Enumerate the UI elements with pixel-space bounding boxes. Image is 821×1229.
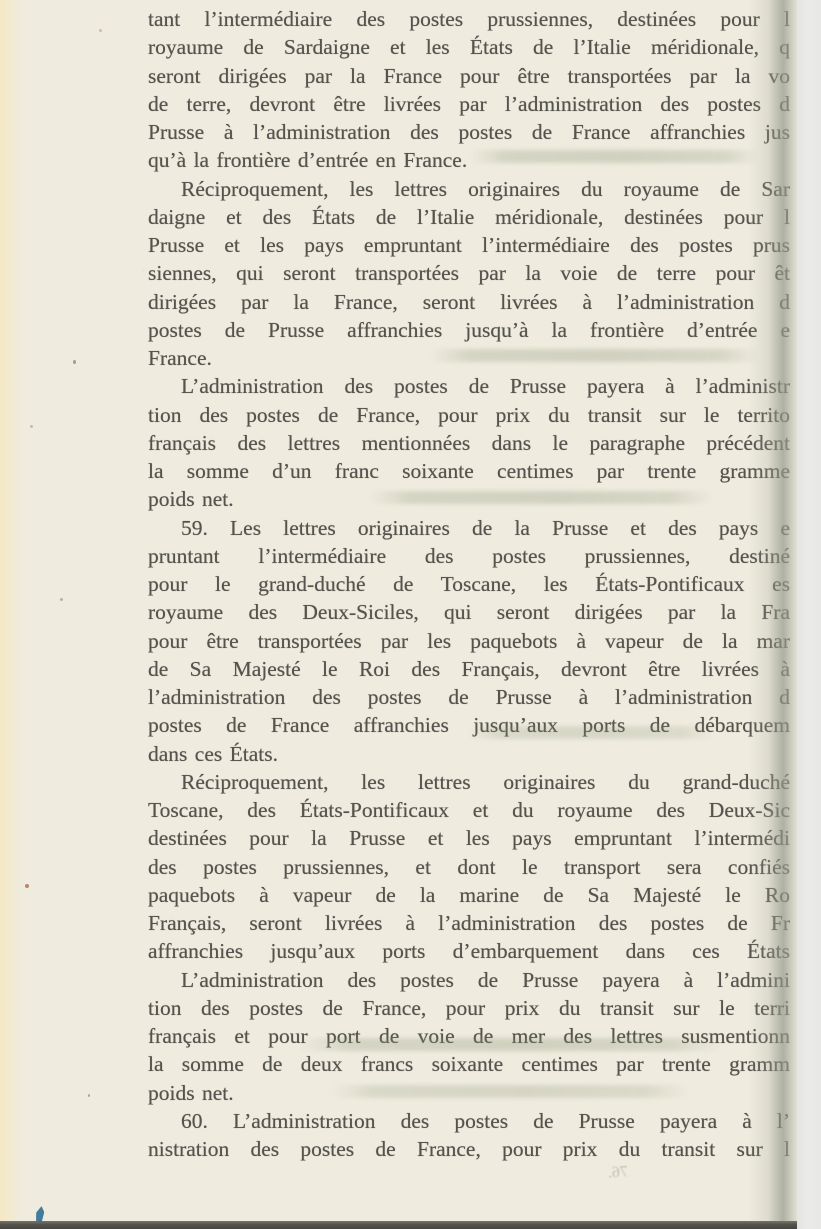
text-line: tion des postes de France, pour prix du … xyxy=(148,994,790,1022)
text-line: Français, seront livrées à l’administrat… xyxy=(148,909,790,937)
text-line: siennes, qui seront transportées par la … xyxy=(148,259,790,287)
text-line: poids net. xyxy=(148,485,790,513)
text-line: tion des postes de France, pour prix du … xyxy=(148,401,790,429)
text-line: de Sa Majesté le Roi des Français, devro… xyxy=(148,655,790,683)
text-line: nistration des postes de France, pour pr… xyxy=(148,1135,790,1163)
scanner-background-strip xyxy=(797,0,821,1229)
text-line: France. xyxy=(148,344,790,372)
text-line: de terre, devront être livrées par l’adm… xyxy=(148,90,790,118)
text-line: Prusse et les pays empruntant l’interméd… xyxy=(148,231,790,259)
text-line: affranchies jusqu’aux ports d’embarqueme… xyxy=(148,937,790,965)
text-line: tant l’intermédiaire des postes prussien… xyxy=(148,5,790,33)
text-line: postes de Prusse affranchies jusqu’à la … xyxy=(148,316,790,344)
text-line: royaume des Deux-Siciles, qui seront dir… xyxy=(148,598,790,626)
scan-edge-bar xyxy=(0,1221,797,1229)
text-line: dans ces États. xyxy=(148,740,790,768)
text-line: L’administration des postes de Prusse pa… xyxy=(148,966,790,994)
text-line: des postes prussiennes, et dont le trans… xyxy=(148,853,790,881)
text-line: daigne et des États de l’Italie méridion… xyxy=(148,203,790,231)
text-line: seront dirigées par la France pour être … xyxy=(148,62,790,90)
text-line: poids net. xyxy=(148,1079,790,1107)
text-line: destinées pour la Prusse et les pays emp… xyxy=(148,824,790,852)
text-line: 60. L’administration des postes de Pruss… xyxy=(148,1107,790,1135)
text-line: français des lettres mentionnées dans le… xyxy=(148,429,790,457)
text-line: L’administration des postes de Prusse pa… xyxy=(148,372,790,400)
scanned-page: tant l’intermédiaire des postes prussien… xyxy=(0,0,821,1229)
text-line: royaume de Sardaigne et les États de l’I… xyxy=(148,33,790,61)
text-line: Réciproquement, les lettres originaires … xyxy=(148,768,790,796)
text-line: la somme de deux francs soixante centime… xyxy=(148,1050,790,1078)
text-line: pour le grand-duché de Toscane, les État… xyxy=(148,570,790,598)
text-line: Réciproquement, les lettres originaires … xyxy=(148,175,790,203)
text-line: pour être transportées par les paquebots… xyxy=(148,627,790,655)
text-line: pruntant l’intermédiaire des postes prus… xyxy=(148,542,790,570)
text-line: qu’à la frontière d’entrée en France. xyxy=(148,146,790,174)
text-line: paquebots à vapeur de la marine de Sa Ma… xyxy=(148,881,790,909)
text-column: tant l’intermédiaire des postes prussien… xyxy=(148,5,790,1163)
text-line: Prusse à l’administration des postes de … xyxy=(148,118,790,146)
showthrough-page-number: 76. xyxy=(607,1163,628,1182)
text-line: postes de France affranchies jusqu’aux p… xyxy=(148,711,790,739)
text-line: la somme d’un franc soixante centimes pa… xyxy=(148,457,790,485)
text-line: 59. Les lettres originaires de la Prusse… xyxy=(148,514,790,542)
text-line: l’administration des postes de Prusse à … xyxy=(148,683,790,711)
text-line: français et pour port de voie de mer des… xyxy=(148,1022,790,1050)
text-line: Toscane, des États-Pontificaux et du roy… xyxy=(148,796,790,824)
text-line: dirigées par la France, seront livrées à… xyxy=(148,288,790,316)
